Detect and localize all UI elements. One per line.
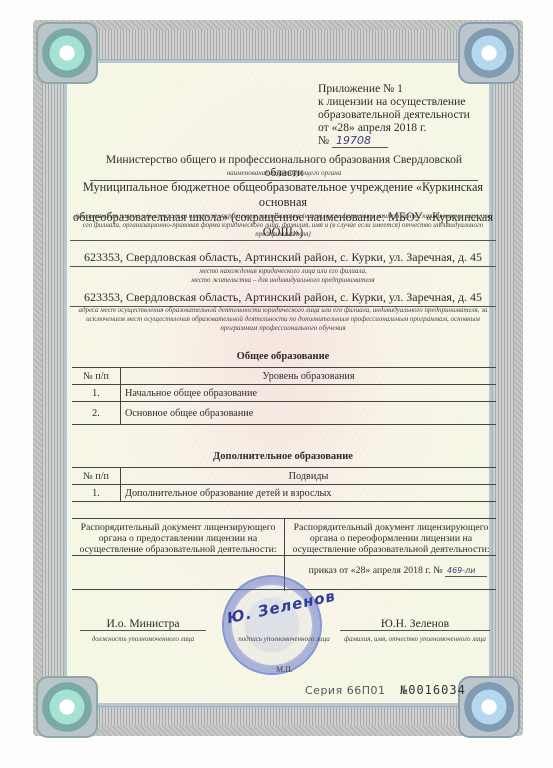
appendix-date: от «28» апреля 2018 г.: [318, 121, 470, 134]
row-label: Начальное общее образование: [121, 385, 497, 402]
column-header-number: № п/п: [72, 368, 121, 385]
corner-ornament-icon: [36, 676, 98, 738]
signature-caption: подпись уполномоченного лица: [228, 635, 340, 644]
activity-address: 623353, Свердловская область, Артинский …: [70, 290, 496, 307]
caption-line: место нахождения юридического лица или е…: [70, 267, 496, 276]
caption-line: место жительства – для индивидуального п…: [70, 276, 496, 285]
row-label: Дополнительное образование детей и взрос…: [121, 485, 497, 502]
licensing-body-caption: наименование лицензирующего органа: [90, 169, 478, 178]
column-header-number: № п/п: [72, 468, 121, 485]
legal-address-caption: место нахождения юридического лица или е…: [70, 267, 496, 285]
row-label: Основное общее образование: [121, 402, 497, 425]
general-education-title: Общее образование: [70, 351, 496, 362]
additional-education-table: № п/п Подвиды 1. Дополнительное образова…: [72, 467, 496, 502]
corner-ornament-icon: [458, 22, 520, 84]
appendix-line: образовательной деятельности: [318, 108, 470, 121]
corner-ornament-icon: [36, 22, 98, 84]
appendix-number: № 19708: [318, 134, 470, 148]
row-number: 2.: [72, 402, 121, 425]
form-series: Серия 66П01: [305, 684, 385, 697]
activity-address-caption: адреса мест осуществления образовательно…: [70, 306, 496, 333]
legal-address: 623353, Свердловская область, Артинский …: [70, 250, 496, 267]
reissue-document-label: Распорядительный документ лицензирующего…: [285, 519, 497, 555]
divider: [72, 555, 496, 556]
license-number: 19708: [332, 134, 388, 148]
table-row: 2. Основное общее образование: [72, 402, 496, 425]
column-header-subtypes: Подвиды: [121, 468, 497, 485]
table-header-row: № п/п Подвиды: [72, 468, 496, 485]
table-row: 1. Дополнительное образование детей и вз…: [72, 485, 496, 502]
column-header-level: Уровень образования: [121, 368, 497, 385]
order-number: 469-ли: [445, 565, 487, 577]
signatory-position: И.о. Министра: [80, 617, 206, 631]
position-caption: должность уполномоченного лица: [80, 635, 206, 644]
additional-education-title: Дополнительное образование: [70, 451, 496, 462]
corner-ornament-icon: [458, 676, 520, 738]
order-text: приказ от «28» апреля 2018 г. №: [309, 565, 443, 576]
appendix-line: к лицензии на осуществление: [318, 95, 470, 108]
seal-label: М.П.: [276, 665, 293, 674]
name-caption: фамилия, имя, отчество уполномоченного л…: [340, 635, 490, 644]
reissue-order: приказ от «28» апреля 2018 г. № 469-ли: [285, 565, 497, 577]
general-education-table: № п/п Уровень образования 1. Начальное о…: [72, 367, 496, 425]
organization-caption: (указываются полное и (в случае если име…: [70, 212, 496, 239]
appendix-header: Приложение № 1 к лицензии на осуществлен…: [318, 82, 470, 148]
appendix-title: Приложение № 1: [318, 82, 470, 95]
organization-name-line1: Муниципальное бюджетное общеобразователь…: [83, 180, 483, 209]
number-label: №: [318, 134, 329, 147]
signatory-name: Ю.Н. Зеленов: [340, 617, 490, 631]
row-number: 1.: [72, 485, 121, 502]
form-number: №0016034: [400, 683, 466, 697]
table-row: 1. Начальное общее образование: [72, 385, 496, 402]
table-header-row: № п/п Уровень образования: [72, 368, 496, 385]
row-number: 1.: [72, 385, 121, 402]
